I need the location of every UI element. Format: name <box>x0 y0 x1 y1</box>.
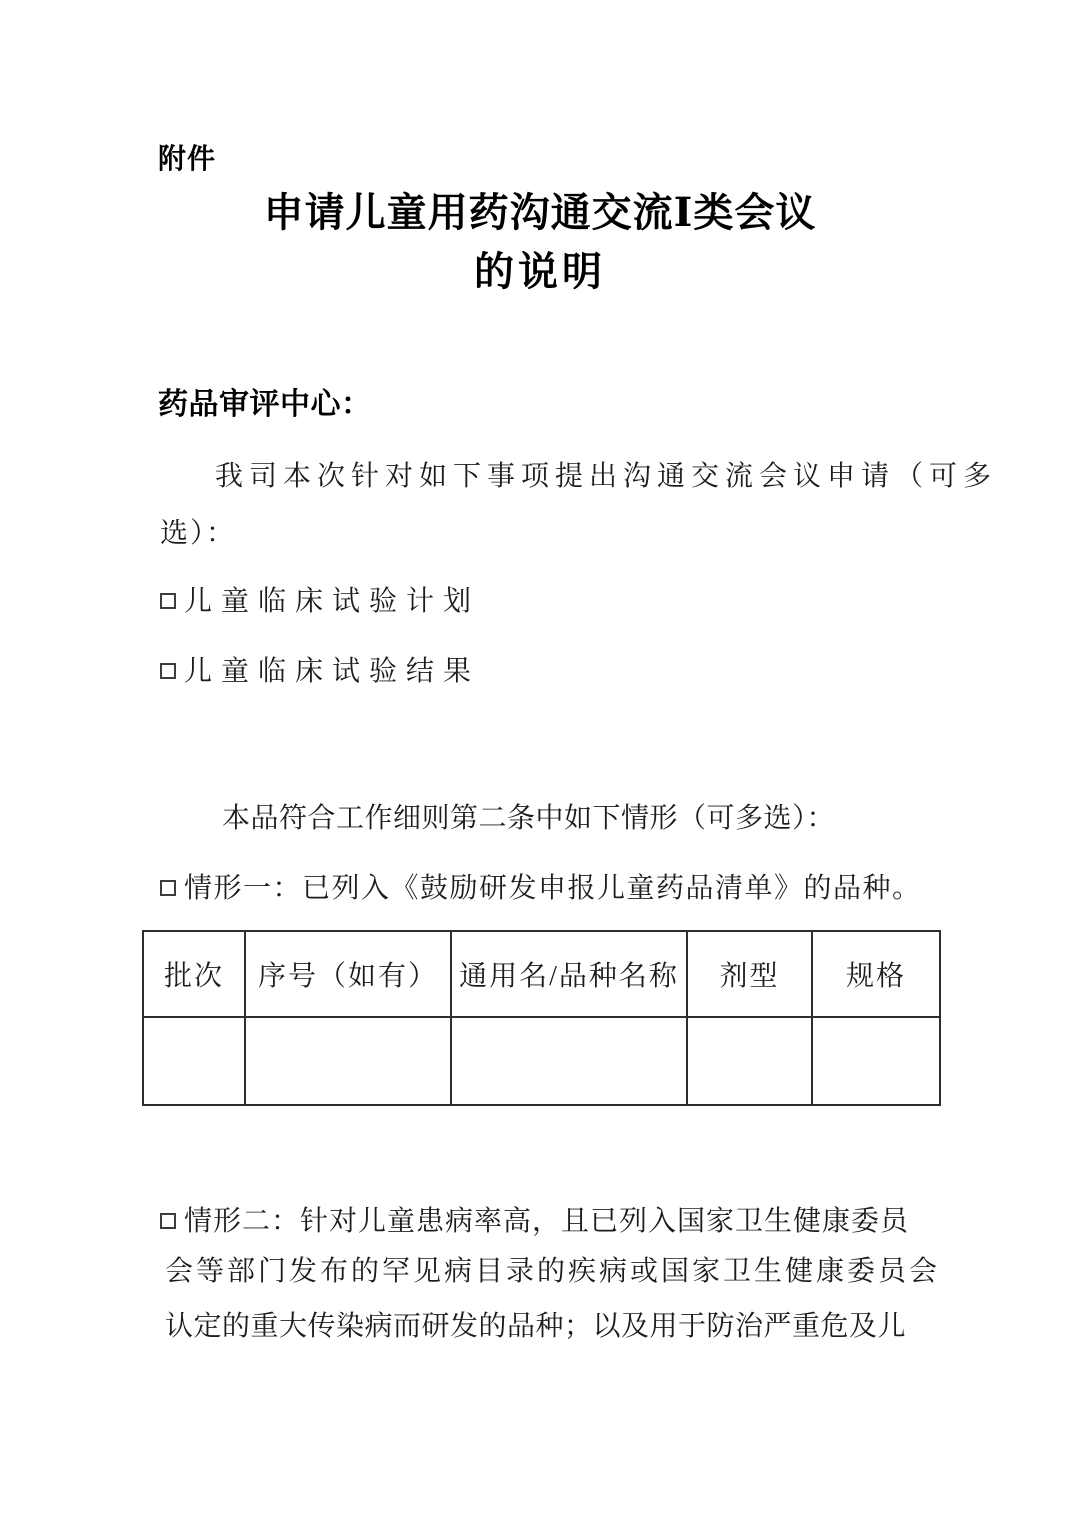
checkbox-icon[interactable] <box>160 593 176 609</box>
col-header-dosage-form: 剂型 <box>687 931 812 1017</box>
col-header-generic-name: 通用名/品种名称 <box>451 931 687 1017</box>
scenario-2-line-2: 会等部门发布的罕见病目录的疾病或国家卫生健康委员会 <box>165 1255 940 1289</box>
cell-dosage-form[interactable] <box>687 1017 812 1105</box>
criteria-intro: 本品符合工作细则第二条中如下情形（可多选）： <box>222 802 835 836</box>
scenario-2-line-3: 认定的重大传染病而研发的品种；以及用于防治严重危及儿 <box>165 1310 906 1344</box>
intro-line-2: 选）： <box>160 517 236 551</box>
col-header-spec: 规格 <box>812 931 940 1017</box>
scenario-2-line-1: 情形二：针对儿童患病率高，且已列入国家卫生健康委员 <box>160 1205 909 1239</box>
option-label: 儿童临床试验结果 <box>184 656 480 687</box>
cell-batch[interactable] <box>143 1017 245 1105</box>
cell-spec[interactable] <box>812 1017 940 1105</box>
col-header-serial: 序号（如有） <box>245 931 451 1017</box>
drug-list-table: 批次 序号（如有） 通用名/品种名称 剂型 规格 <box>142 930 941 1106</box>
salutation: 药品审评中心： <box>158 387 372 423</box>
scenario-1-text: 情形一：已列入《鼓励研发申报儿童药品清单》的品种。 <box>184 873 922 904</box>
document-title-line1: 申请儿童用药沟通交流Ⅰ类会议 <box>0 189 1080 237</box>
attachment-label: 附件 <box>158 142 216 176</box>
option-label: 儿童临床试验计划 <box>184 586 480 617</box>
checkbox-icon[interactable] <box>160 880 176 896</box>
table-row <box>143 1017 940 1105</box>
col-header-batch: 批次 <box>143 931 245 1017</box>
cell-serial[interactable] <box>245 1017 451 1105</box>
checkbox-icon[interactable] <box>160 1213 176 1229</box>
option-clinical-trial-results: 儿童临床试验结果 <box>160 655 480 689</box>
checkbox-icon[interactable] <box>160 663 176 679</box>
scenario-2-text: 情形二：针对儿童患病率高，且已列入国家卫生健康委员 <box>184 1206 909 1237</box>
document-title-line2: 的说明 <box>0 248 1080 296</box>
document-page: 附件 申请儿童用药沟通交流Ⅰ类会议 的说明 药品审评中心： 我司本次针对如下事项… <box>0 0 1080 1527</box>
table-header-row: 批次 序号（如有） 通用名/品种名称 剂型 规格 <box>143 931 940 1017</box>
cell-generic-name[interactable] <box>451 1017 687 1105</box>
scenario-1: 情形一：已列入《鼓励研发申报儿童药品清单》的品种。 <box>160 872 922 906</box>
intro-line-1: 我司本次针对如下事项提出沟通交流会议申请（可多 <box>215 460 997 494</box>
option-clinical-trial-plan: 儿童临床试验计划 <box>160 585 480 619</box>
